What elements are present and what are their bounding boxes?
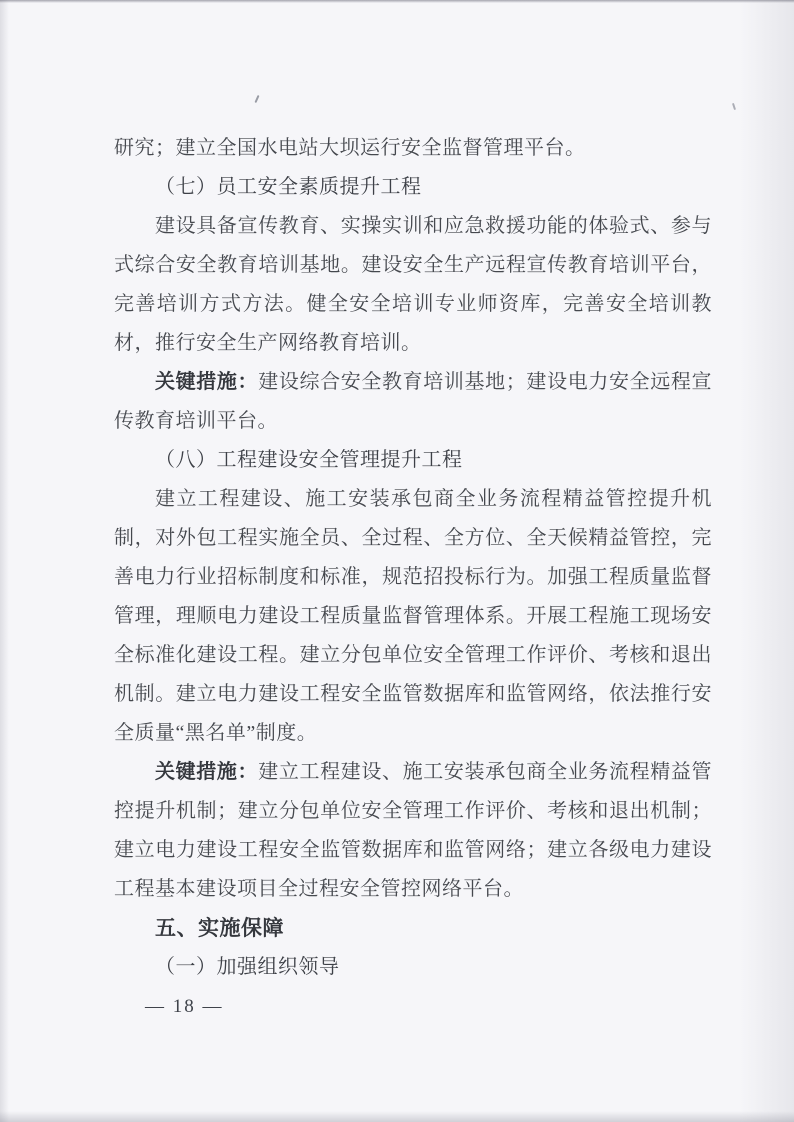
section-7-body: 建设具备宣传教育、实操实训和应急救援功能的体验式、参与式综合安全教育培训基地。建… [114, 207, 712, 363]
key-measures-label: 关键措施： [155, 761, 258, 783]
section-8-heading: （八）工程建设安全管理提升工程 [114, 441, 712, 480]
key-measures-label: 关键措施： [155, 371, 258, 393]
ink-speck-icon [254, 95, 259, 103]
section-8-key-measures: 关键措施：建立工程建设、施工安装承包商全业务流程精益管控提升机制；建立分包单位安… [114, 753, 712, 909]
section-5-1-heading: （一）加强组织领导 [114, 948, 712, 987]
page-number: — 18 — [145, 996, 224, 1018]
scanned-page: 研究；建立全国水电站大坝运行安全监督管理平台。（七）员工安全素质提升工程建设具备… [0, 0, 794, 1122]
section-7-key-measures: 关键措施：建设综合安全教育培训基地；建设电力安全远程宣传教育培训平台。 [114, 363, 712, 441]
section-8-body: 建立工程建设、施工安装承包商全业务流程精益管控提升机制，对外包工程实施全员、全过… [114, 480, 712, 753]
section-7-heading: （七）员工安全素质提升工程 [114, 168, 712, 207]
continuation-paragraph: 研究；建立全国水电站大坝运行安全监督管理平台。 [114, 129, 712, 168]
document-body: 研究；建立全国水电站大坝运行安全监督管理平台。（七）员工安全素质提升工程建设具备… [114, 129, 712, 987]
ink-speck-icon [732, 103, 736, 110]
chapter-5-heading: 五、实施保障 [114, 909, 712, 948]
